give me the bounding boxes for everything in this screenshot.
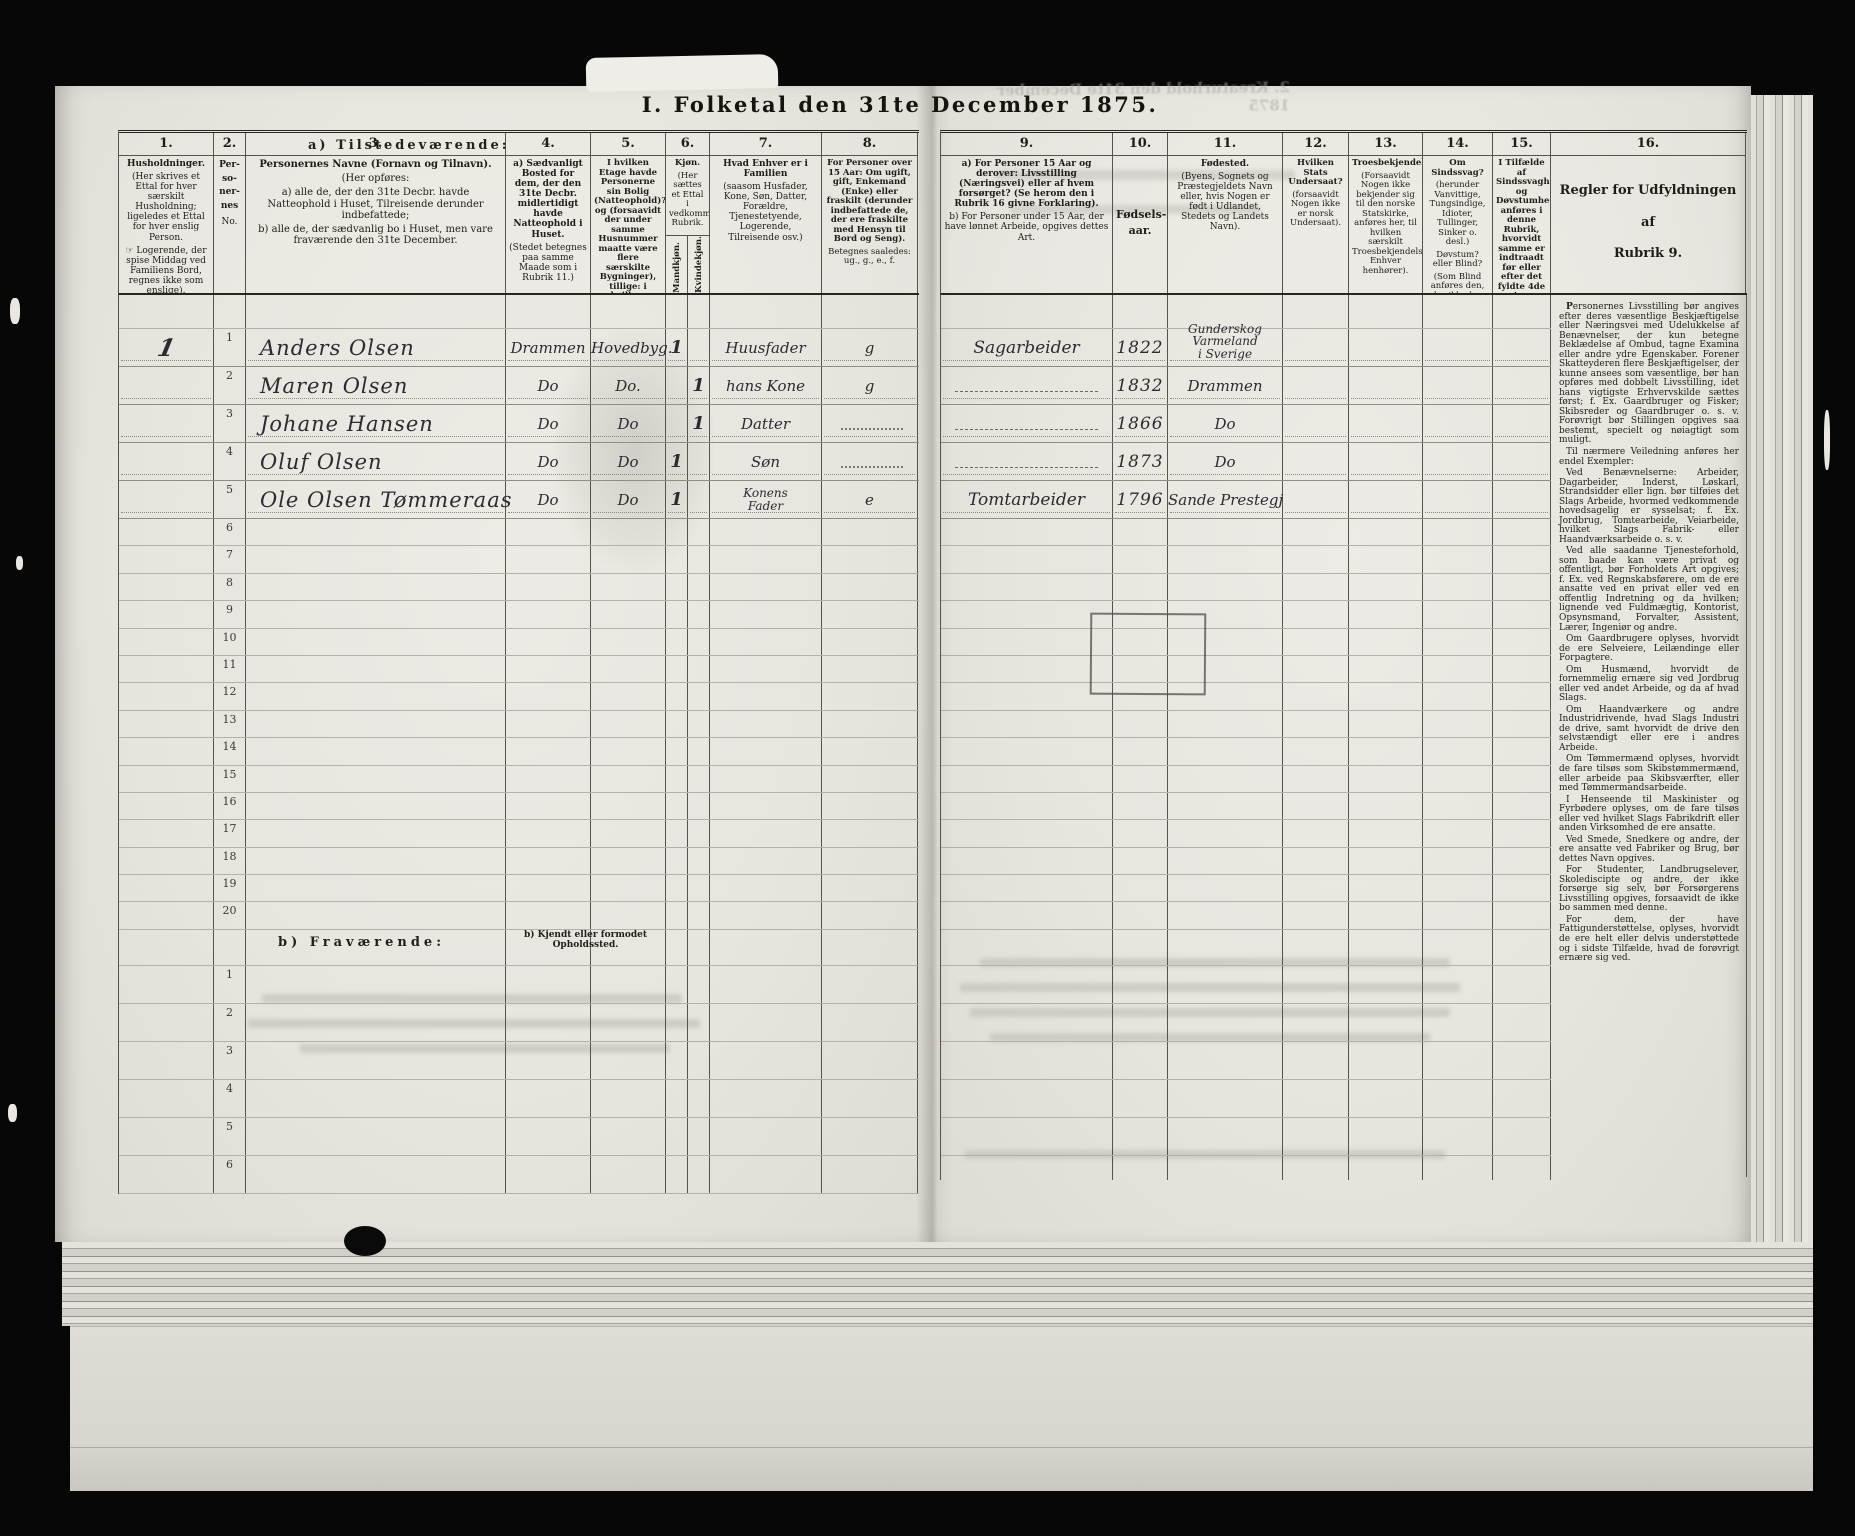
cell-empty bbox=[666, 875, 688, 901]
column-number: 14. bbox=[1423, 133, 1492, 156]
cell-empty bbox=[1168, 546, 1283, 572]
person-number: 3 bbox=[226, 1042, 233, 1057]
table-row bbox=[941, 574, 1551, 601]
cell-empty bbox=[822, 711, 918, 737]
header-text-part: b) alle de, der sædvanlig bo i Huset, me… bbox=[249, 224, 502, 246]
cell-empty bbox=[1283, 766, 1349, 792]
header-text-part: ☞ Logerende, der spise Middag ved Famili… bbox=[122, 246, 210, 293]
cell-spacer bbox=[688, 930, 710, 965]
table-row bbox=[941, 902, 1551, 929]
cell-family: Huusfader bbox=[710, 329, 822, 366]
column-header-8: 8.For Personer over 15 Aar: Om ugift, gi… bbox=[822, 133, 918, 293]
cell-spacer bbox=[1493, 930, 1551, 965]
household-number: 1 bbox=[155, 333, 178, 362]
table-row: 1873Do bbox=[941, 443, 1551, 481]
cell-empty bbox=[710, 711, 822, 737]
column-number: 8. bbox=[822, 133, 917, 156]
table-row: 16 bbox=[119, 793, 919, 820]
column-header-7: 7.Hvad Enhver er i Familien(saasom Husfa… bbox=[710, 133, 822, 293]
header-text-part: (forsaavidt Nogen ikke er norsk Undersaa… bbox=[1286, 191, 1345, 229]
table-row: 7 bbox=[119, 546, 919, 573]
cell-empty bbox=[666, 1156, 688, 1193]
cell-spacer bbox=[246, 295, 506, 328]
usual-residence: Do bbox=[537, 377, 558, 395]
column-header-6: 6.Kjøn.(Her sættes et Ettal i vedkommend… bbox=[666, 133, 710, 293]
cell-spacer bbox=[666, 930, 688, 965]
cell-spacer bbox=[591, 295, 666, 328]
column-header-text: a) Sædvanligt Bosted for dem, der den 31… bbox=[506, 156, 590, 293]
cell-empty bbox=[1283, 793, 1349, 819]
cell-empty bbox=[1283, 848, 1349, 874]
table-row: 14 bbox=[119, 738, 919, 765]
section-b-note: b) Kjendt eller formodet Opholdssted. bbox=[508, 930, 663, 951]
person-number: 15 bbox=[223, 766, 237, 781]
cell-empty bbox=[1493, 656, 1551, 682]
cell-empty bbox=[941, 574, 1113, 600]
cell-empty bbox=[119, 766, 214, 792]
cell-empty bbox=[1283, 1080, 1349, 1117]
cell-empty bbox=[1493, 848, 1551, 874]
table-row bbox=[941, 738, 1551, 765]
cell-empty bbox=[822, 966, 918, 1003]
usual-residence: Do bbox=[537, 491, 558, 509]
header-text-part: (saasom Husfader, Kone, Søn, Datter, For… bbox=[713, 182, 818, 242]
cell-empty bbox=[1349, 875, 1423, 901]
cell-empty bbox=[246, 902, 506, 928]
cell-name: Johane Hansen bbox=[246, 405, 506, 442]
cell-empty bbox=[710, 629, 822, 655]
cell-empty bbox=[688, 601, 710, 627]
cell-empty bbox=[1423, 1118, 1493, 1155]
cell-empty bbox=[941, 966, 1113, 1003]
birthplace: Drammen bbox=[1187, 377, 1262, 395]
rules-paragraph: Ved Smede, Snedkere og andre, der ere an… bbox=[1559, 836, 1739, 865]
family-position: Huusfader bbox=[725, 339, 805, 357]
table-row: 11Anders OlsenDrammenHovedbyg.1Huusfader… bbox=[119, 329, 919, 367]
cell-empty bbox=[688, 574, 710, 600]
cell-kvinde bbox=[688, 443, 710, 480]
cell-household bbox=[119, 481, 214, 518]
cell-spacer bbox=[1423, 930, 1493, 965]
cell-occupation bbox=[941, 405, 1113, 442]
person-number: 6 bbox=[226, 519, 233, 534]
cell-empty bbox=[1349, 601, 1423, 627]
cell-person-no: 3 bbox=[214, 405, 246, 442]
cell-religion bbox=[1349, 329, 1423, 366]
cell-empty bbox=[941, 1156, 1113, 1180]
column-header-text: Personernes Navne (Fornavn og Tilnavn).(… bbox=[246, 156, 505, 293]
column-header-3: 3.Personernes Navne (Fornavn og Tilnavn)… bbox=[246, 133, 506, 293]
usual-residence: Do bbox=[537, 453, 558, 471]
cell-empty bbox=[1493, 629, 1551, 655]
table-row: Tomtarbeider1796Sande Prestegj bbox=[941, 481, 1551, 519]
header-text-part: a) Sædvanligt Bosted for dem, der den 31… bbox=[509, 159, 587, 240]
cell-spacer bbox=[710, 295, 822, 328]
cell-person-no: 5 bbox=[214, 481, 246, 518]
family-position: hans Kone bbox=[726, 377, 805, 395]
cell-empty bbox=[591, 1080, 666, 1117]
cell-empty bbox=[1423, 1156, 1493, 1180]
cell-empty bbox=[506, 1080, 591, 1117]
cell-empty bbox=[941, 793, 1113, 819]
cell-empty bbox=[941, 1004, 1113, 1041]
cell-empty bbox=[1283, 683, 1349, 709]
ditto-dash bbox=[955, 467, 1099, 468]
cell-occupation: Tomtarbeider bbox=[941, 481, 1113, 518]
ditto-dots bbox=[841, 466, 903, 468]
cell-empty bbox=[506, 1004, 591, 1041]
cell-disability-onset bbox=[1493, 405, 1551, 442]
cell-empty bbox=[591, 629, 666, 655]
table-row bbox=[941, 601, 1551, 628]
cell-empty bbox=[941, 601, 1113, 627]
male-mark: 1 bbox=[670, 489, 683, 510]
person-name: Johane Hansen bbox=[246, 412, 434, 436]
cell-person-no: 3 bbox=[214, 1042, 246, 1079]
cell-empty bbox=[710, 966, 822, 1003]
header-text-part: (Byens, Sognets og Præstegjeldets Navn e… bbox=[1171, 172, 1279, 232]
section-a-label: a) Tilstedeværende: bbox=[308, 138, 510, 153]
cell-empty bbox=[822, 902, 918, 928]
cell-disability bbox=[1423, 405, 1493, 442]
cell-empty bbox=[1349, 1156, 1423, 1180]
table-row: 12 bbox=[119, 683, 919, 710]
cell-spacer bbox=[941, 295, 1113, 328]
table-row: 2Maren OlsenDoDo.1hans Koneg bbox=[119, 367, 919, 405]
table-row: 6 bbox=[119, 1156, 919, 1194]
cell-religion bbox=[1349, 481, 1423, 518]
cell-empty bbox=[1349, 820, 1423, 846]
rules-paragraph: Personernes Livsstilling bør angives eft… bbox=[1559, 303, 1739, 446]
cell-empty bbox=[119, 1080, 214, 1117]
cell-empty bbox=[119, 848, 214, 874]
rules-paragraph: For Studenter, Landbrugselever, Skoledis… bbox=[1559, 866, 1739, 914]
cell-empty bbox=[666, 1042, 688, 1079]
cell-empty bbox=[710, 574, 822, 600]
cell-empty bbox=[941, 1118, 1113, 1155]
header-text-part: af bbox=[1554, 216, 1742, 231]
table-row bbox=[941, 766, 1551, 793]
cell-empty bbox=[246, 519, 506, 545]
person-number: 16 bbox=[223, 793, 237, 808]
column-number: 6. bbox=[666, 133, 709, 156]
cell-empty bbox=[666, 1004, 688, 1041]
cell-empty bbox=[1349, 656, 1423, 682]
cell-name: Oluf Olsen bbox=[246, 443, 506, 480]
cell-empty bbox=[246, 848, 506, 874]
cell-empty bbox=[506, 629, 591, 655]
column-header-text: Fødsels-aar. bbox=[1113, 156, 1167, 293]
cell-person-no: 6 bbox=[214, 1156, 246, 1193]
cell-empty bbox=[688, 848, 710, 874]
occupation: Tomtarbeider bbox=[968, 490, 1085, 510]
cell-empty bbox=[506, 601, 591, 627]
cell-empty bbox=[1113, 766, 1168, 792]
family-position: Konens Fader bbox=[743, 487, 788, 512]
table-row: 1 bbox=[119, 966, 919, 1004]
cell-empty bbox=[119, 546, 214, 572]
cell-empty bbox=[591, 848, 666, 874]
male-mark: 1 bbox=[670, 451, 683, 472]
cell-person-no: 19 bbox=[214, 875, 246, 901]
table-row bbox=[941, 629, 1551, 656]
cell-empty bbox=[1168, 1004, 1283, 1041]
header-text-part: b) For Personer under 15 Aar, der have l… bbox=[944, 212, 1109, 242]
margin-speck bbox=[10, 298, 20, 324]
cell-empty bbox=[506, 966, 591, 1003]
cell-name: Ole Olsen Tømmeraas bbox=[246, 481, 506, 518]
birth-year: 1873 bbox=[1116, 452, 1163, 472]
cell-spacer bbox=[214, 295, 246, 328]
cell-disability bbox=[1423, 367, 1493, 404]
cell-empty bbox=[119, 1156, 214, 1193]
cell-name: Anders Olsen bbox=[246, 329, 506, 366]
cell-empty bbox=[688, 738, 710, 764]
census-table-left: 1.Husholdninger.(Her skrives et Ettal fo… bbox=[118, 130, 919, 1194]
column-number: 5. bbox=[591, 133, 665, 156]
cell-empty bbox=[688, 629, 710, 655]
person-number: 1 bbox=[226, 966, 233, 981]
column-number: 7. bbox=[710, 133, 821, 156]
cell-empty bbox=[119, 1004, 214, 1041]
cell-empty bbox=[1349, 629, 1423, 655]
cell-disability bbox=[1423, 329, 1493, 366]
cell-person-no: 20 bbox=[214, 902, 246, 928]
cell-person-no: 15 bbox=[214, 766, 246, 792]
table-row bbox=[941, 966, 1551, 1004]
table-row bbox=[941, 546, 1551, 573]
person-number: 10 bbox=[223, 629, 237, 644]
cell-empty bbox=[666, 574, 688, 600]
cell-empty bbox=[591, 902, 666, 928]
cell-empty bbox=[1113, 1156, 1168, 1180]
cell-empty bbox=[941, 711, 1113, 737]
column-number: 9. bbox=[941, 133, 1112, 156]
cell-empty bbox=[119, 1042, 214, 1079]
cell-empty bbox=[246, 766, 506, 792]
floor: Do bbox=[617, 491, 638, 509]
cell-occupation bbox=[941, 443, 1113, 480]
cell-empty bbox=[1349, 1118, 1423, 1155]
cell-empty bbox=[591, 546, 666, 572]
marital-status: g bbox=[865, 339, 875, 357]
cell-status: g bbox=[822, 329, 918, 366]
table-row bbox=[941, 1080, 1551, 1118]
header-text-part: Kjøn. bbox=[669, 159, 706, 169]
usual-residence: Do bbox=[537, 415, 558, 433]
cell-empty bbox=[1113, 848, 1168, 874]
cell-empty bbox=[119, 793, 214, 819]
cell-empty bbox=[941, 820, 1113, 846]
cell-empty bbox=[822, 1156, 918, 1193]
table-row: 5 bbox=[119, 1118, 919, 1156]
cell-empty bbox=[1113, 820, 1168, 846]
cell-citizenship bbox=[1283, 367, 1349, 404]
column-number: 11. bbox=[1168, 133, 1282, 156]
cell-empty bbox=[666, 902, 688, 928]
cell-empty bbox=[591, 1042, 666, 1079]
rules-paragraph: Ved Benævnelserne: Arbeider, Dagarbeider… bbox=[1559, 469, 1739, 545]
person-number: 12 bbox=[223, 683, 237, 698]
cell-empty bbox=[710, 1004, 822, 1041]
cell-empty bbox=[506, 711, 591, 737]
table-row bbox=[941, 848, 1551, 875]
header-text-part: Fødsels- bbox=[1116, 209, 1164, 221]
column-header-text: Per- so- ner- nesNo. bbox=[214, 156, 245, 293]
cell-empty bbox=[119, 629, 214, 655]
table-row: 9 bbox=[119, 601, 919, 628]
binding-hole bbox=[344, 1226, 386, 1256]
cell-empty bbox=[822, 1042, 918, 1079]
person-number: 8 bbox=[226, 574, 233, 589]
column-number: 15. bbox=[1493, 133, 1550, 156]
column-header-9: 9.a) For Personer 15 Aar og derover: Liv… bbox=[941, 133, 1113, 293]
cell-empty bbox=[1423, 629, 1493, 655]
cell-empty bbox=[506, 546, 591, 572]
bleedthrough-title: 2. Kreaturhold den 31te December 1875 bbox=[960, 78, 1290, 117]
cell-empty bbox=[1283, 546, 1349, 572]
person-number: 9 bbox=[226, 601, 233, 616]
column-header-16: 16.Regler for UdfyldningenafRubrik 9. bbox=[1551, 133, 1746, 293]
rules-paragraph: Om Husmænd, hvorvidt de fornemmelig ernæ… bbox=[1559, 666, 1739, 704]
cell-empty bbox=[1493, 519, 1551, 545]
cell-empty bbox=[1283, 574, 1349, 600]
cell-empty bbox=[119, 574, 214, 600]
cell-empty bbox=[710, 766, 822, 792]
header-text-part: (Forsaavidt Nogen ikke bekjender sig til… bbox=[1352, 172, 1419, 277]
cell-mand: 1 bbox=[666, 481, 688, 518]
cell-empty bbox=[506, 848, 591, 874]
cell-empty bbox=[1493, 711, 1551, 737]
cell-empty bbox=[710, 875, 822, 901]
cell-empty bbox=[246, 1004, 506, 1041]
table-row bbox=[941, 1156, 1551, 1180]
cell-spacer bbox=[1113, 930, 1168, 965]
header-text-part: a) For Personer 15 Aar og derover: Livss… bbox=[944, 159, 1109, 209]
cell-empty bbox=[1168, 738, 1283, 764]
cell-empty bbox=[666, 656, 688, 682]
cell-person-no: 1 bbox=[214, 966, 246, 1003]
cell-empty bbox=[591, 711, 666, 737]
header-text-part: (herunder Vanvittige, Tungsindige, Idiot… bbox=[1426, 181, 1489, 248]
cell-empty bbox=[506, 820, 591, 846]
header-text-part: Per- so- ner- nes bbox=[217, 159, 242, 213]
cell-empty bbox=[1493, 902, 1551, 928]
cell-empty bbox=[506, 574, 591, 600]
cell-empty bbox=[688, 875, 710, 901]
table-row bbox=[941, 793, 1551, 820]
cell-household bbox=[119, 405, 214, 442]
cell-person-no: 17 bbox=[214, 820, 246, 846]
female-mark: 1 bbox=[692, 413, 705, 434]
person-number: 5 bbox=[226, 1118, 233, 1133]
cell-empty bbox=[246, 656, 506, 682]
book-bottom-surface bbox=[70, 1326, 1813, 1491]
cell-empty bbox=[941, 519, 1113, 545]
cell-person-no: 18 bbox=[214, 848, 246, 874]
cell-religion bbox=[1349, 405, 1423, 442]
birthplace: Do bbox=[1214, 453, 1235, 471]
cell-birthplace: Drammen bbox=[1168, 367, 1283, 404]
margin-speck bbox=[16, 556, 23, 570]
person-number: 1 bbox=[226, 329, 233, 344]
table-header-right: 9.a) For Personer 15 Aar og derover: Liv… bbox=[940, 130, 1747, 295]
cell-empty bbox=[1113, 519, 1168, 545]
sex-subcolumn-label: Kvindekjøn. bbox=[694, 236, 704, 293]
cell-empty bbox=[1423, 1042, 1493, 1079]
cell-empty bbox=[1493, 574, 1551, 600]
cell-spacer bbox=[941, 930, 1113, 965]
cell-etage: Do bbox=[591, 481, 666, 518]
person-number: 11 bbox=[223, 656, 237, 671]
rules-text-column: Personernes Livsstilling bør angives eft… bbox=[1551, 295, 1747, 1177]
cell-empty bbox=[506, 656, 591, 682]
female-mark: 1 bbox=[692, 375, 705, 396]
cell-empty bbox=[1423, 1004, 1493, 1041]
cell-empty bbox=[710, 738, 822, 764]
column-number: 4. bbox=[506, 133, 590, 156]
cell-empty bbox=[246, 875, 506, 901]
cell-spacer bbox=[1423, 295, 1493, 328]
cell-empty bbox=[246, 793, 506, 819]
cell-disability-onset bbox=[1493, 329, 1551, 366]
cell-kvinde bbox=[688, 481, 710, 518]
person-number: 7 bbox=[226, 546, 233, 561]
sex-subcolumn: Mandkjøn. bbox=[666, 236, 687, 293]
cell-empty bbox=[710, 683, 822, 709]
cell-empty bbox=[591, 875, 666, 901]
cell-empty bbox=[1168, 902, 1283, 928]
table-row: 4 bbox=[119, 1080, 919, 1118]
cell-empty bbox=[1113, 574, 1168, 600]
cell-empty bbox=[1283, 902, 1349, 928]
cell-empty bbox=[941, 848, 1113, 874]
cell-empty bbox=[506, 1118, 591, 1155]
cell-born: 1873 bbox=[1113, 443, 1168, 480]
cell-empty bbox=[119, 601, 214, 627]
cell-occupation: Sagarbeider bbox=[941, 329, 1113, 366]
person-number: 2 bbox=[226, 1004, 233, 1019]
table-row: 1832Drammen bbox=[941, 367, 1551, 405]
rules-paragraph: Ved alle saadanne Tjenesteforhold, som b… bbox=[1559, 547, 1739, 633]
cell-empty bbox=[1283, 629, 1349, 655]
cell-spacer bbox=[119, 930, 214, 965]
floor: Do bbox=[617, 453, 638, 471]
cell-person-no: 12 bbox=[214, 683, 246, 709]
column-header-text: Hvad Enhver er i Familien(saasom Husfade… bbox=[710, 156, 821, 293]
census-table-right: 9.a) For Personer 15 Aar og derover: Liv… bbox=[940, 130, 1747, 1180]
rules-paragraph: Om Gaardbrugere oplyses, hvorvidt de ere… bbox=[1559, 635, 1739, 664]
cell-bosted: Do bbox=[506, 481, 591, 518]
cell-bosted: Do bbox=[506, 405, 591, 442]
cell-disability-onset bbox=[1493, 443, 1551, 480]
cell-empty bbox=[1168, 966, 1283, 1003]
table-row bbox=[941, 875, 1551, 902]
cell-spacer bbox=[1283, 295, 1349, 328]
cell-empty bbox=[1113, 875, 1168, 901]
cell-empty bbox=[1113, 1042, 1168, 1079]
cell-empty bbox=[688, 519, 710, 545]
floor: Do bbox=[617, 415, 638, 433]
cell-empty bbox=[1168, 1118, 1283, 1155]
column-header-text: Kjøn.(Her sættes et Ettal i vedkommende … bbox=[666, 156, 709, 235]
cell-empty bbox=[1168, 1042, 1283, 1079]
cell-empty bbox=[1349, 1080, 1423, 1117]
cell-empty bbox=[941, 1042, 1113, 1079]
cell-empty bbox=[941, 629, 1113, 655]
family-position: Søn bbox=[751, 453, 780, 471]
cell-empty bbox=[1113, 1080, 1168, 1117]
